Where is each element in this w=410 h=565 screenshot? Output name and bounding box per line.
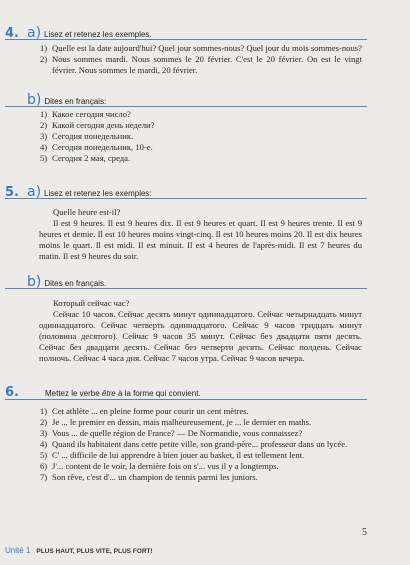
list-item: 5)Сегодня 2 мая, среда. [40, 153, 362, 164]
exercise-4a-header: 4. a) Lisez et retenez les exemples. [5, 25, 367, 40]
exercise-4a-list: 1)Quelle est la date aujourd'hui? Quel j… [40, 43, 362, 76]
examples-paragraph: Il est 9 heures. Il est 9 heures dix. Il… [39, 218, 362, 262]
question: Который сейчас час? [39, 298, 362, 309]
exercise-6-list: 1)Cet athlète ... en pleine forme pour c… [40, 406, 362, 483]
list-item: 5)C' ... difficile de lui apprendre à bi… [40, 450, 362, 461]
exercise-5b-text: Который сейчас час? Сейчас 10 часов. Сей… [39, 298, 362, 364]
exercise-6-header: 6. Mettez le verbe être à la forme qui c… [5, 385, 367, 400]
question: Quelle heure est-il? [39, 207, 362, 218]
list-item: 4)Quand ils habitaient dans cette petite… [40, 439, 362, 450]
exercise-4b-header: b) Dites en français: [5, 92, 367, 107]
exercise-5a-header: 5. a) Lisez et retenez les exemples: [5, 184, 367, 199]
list-item: 3)Сегодня понедельник. [40, 131, 362, 142]
list-item: 1)Quelle est la date aujourd'hui? Quel j… [40, 43, 362, 54]
page-number: 5 [362, 527, 367, 538]
list-item: 2)Je ... le premier en dessin, mais malh… [40, 417, 362, 428]
subexercise-letter: a) [27, 184, 41, 200]
instruction: Lisez et retenez les exemples: [44, 189, 152, 198]
exercise-number: 4. [5, 26, 27, 41]
list-item: 2)Какой сегодня день недели? [40, 120, 362, 131]
exercise-4b-list: 1)Какое сегодня число? 2)Какой сегодня д… [40, 109, 362, 164]
instruction: Dites en français: [44, 97, 106, 106]
subexercise-letter: b) [27, 274, 41, 290]
unit-subtitle: PLUS HAUT, PLUS VITE, PLUS FORT! [36, 548, 152, 555]
list-item: 3)Vous ... de quelle région de France? —… [40, 428, 362, 439]
instruction: Dites en français. [44, 279, 106, 288]
footer: Unité 1 PLUS HAUT, PLUS VITE, PLUS FORT! [5, 546, 153, 555]
exercise-number: 5. [5, 185, 27, 200]
textbook-page: 4. a) Lisez et retenez les exemples. 1)Q… [0, 0, 410, 565]
list-item: 1)Какое сегодня число? [40, 109, 362, 120]
list-item: 1)Cet athlète ... en pleine forme pour c… [40, 406, 362, 417]
list-item: 2)Nous sommes mardi. Nous sommes le 20 f… [40, 54, 362, 76]
exercise-number: 6. [5, 385, 45, 400]
unit-label: Unité 1 [5, 546, 30, 555]
exercise-5b-header: b) Dites en français. [5, 274, 367, 289]
subexercise-letter: a) [27, 25, 41, 41]
list-item: 6)J'... content de le voir, la dernière … [40, 461, 362, 472]
list-item: 4)Сегодня понедельник, 10-е. [40, 142, 362, 153]
instruction: Mettez le verbe être à la forme qui conv… [45, 389, 201, 398]
list-item: 7)Son rêve, c'est d'... un champion de t… [40, 472, 362, 483]
subexercise-letter: b) [27, 92, 41, 108]
exercise-5a-text: Quelle heure est-il? Il est 9 heures. Il… [39, 207, 362, 262]
translation-paragraph: Сейчас 10 часов. Сейчас десять минут оди… [39, 309, 362, 364]
instruction: Lisez et retenez les exemples. [44, 30, 152, 39]
